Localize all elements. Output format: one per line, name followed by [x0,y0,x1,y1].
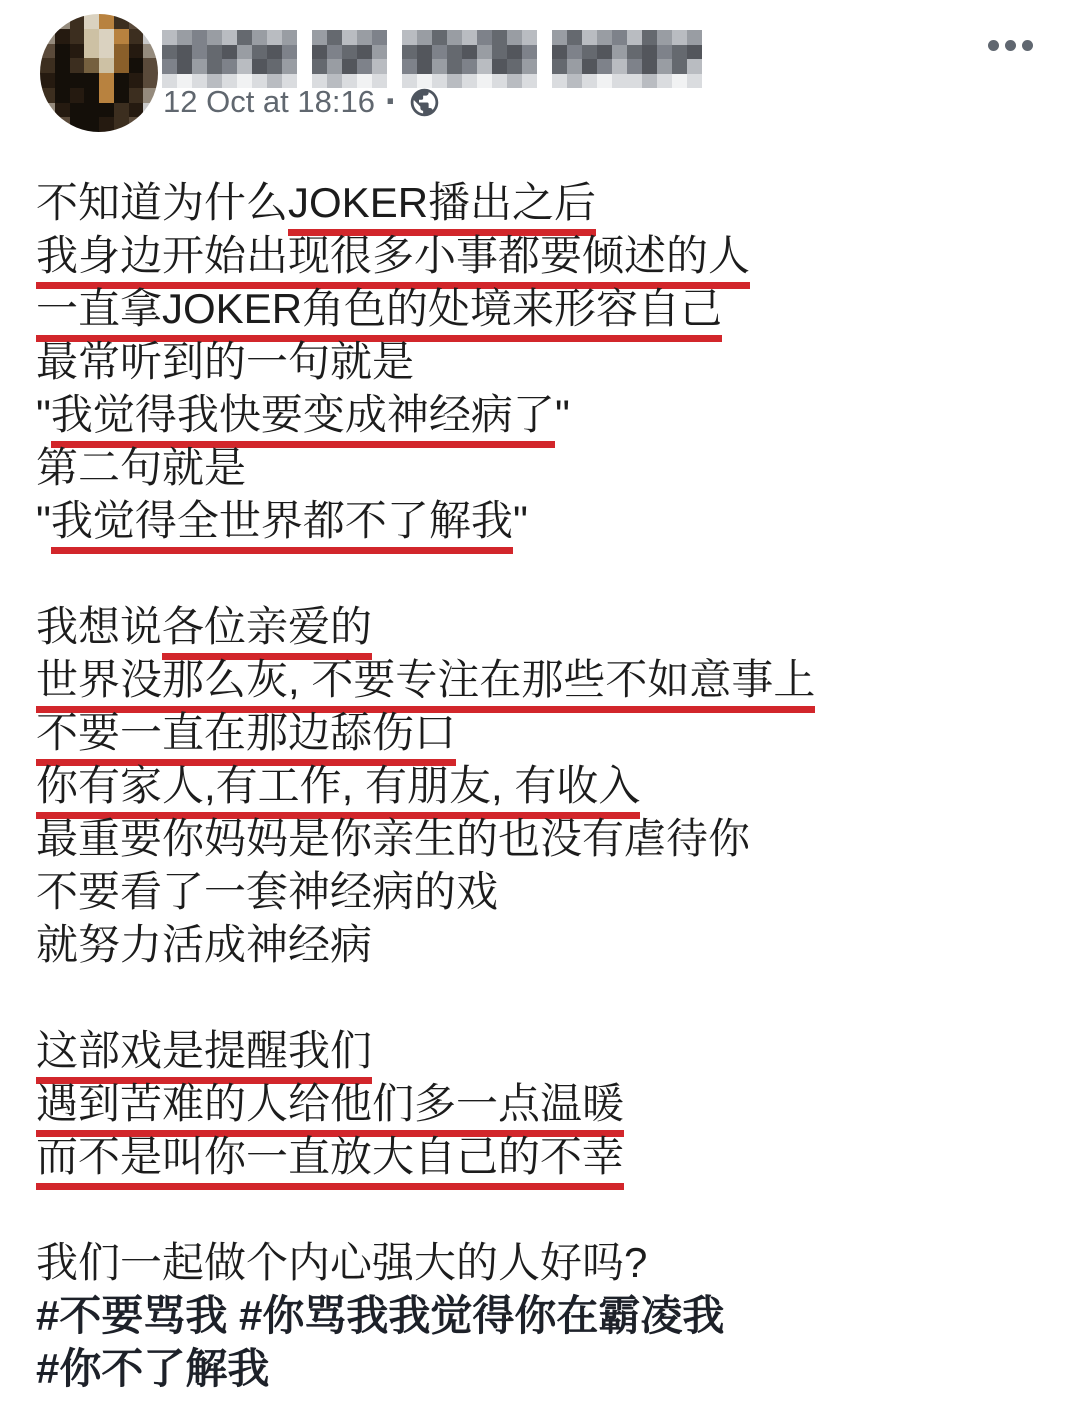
post-text: " [36,391,51,438]
post-text: " [513,497,528,544]
post-line: 一直拿JOKER角色的处境来形容自己 [36,282,1064,335]
mosaic-cell [477,59,492,74]
mosaic-cell [129,44,144,59]
mosaic-cell [357,30,372,45]
mosaic-cell [114,29,129,44]
mosaic-cell [612,74,627,89]
mosaic-cell [297,30,312,45]
post-timestamp[interactable]: 12 Oct at 18:16 [163,84,375,120]
mosaic-cell [129,88,144,103]
mosaic-cell [70,117,85,132]
mosaic-cell [70,44,85,59]
mosaic-cell [40,44,55,59]
post-blank-line [36,1183,1064,1236]
post-underlined-text: 遇到苦难的人给他们多一点温暖 [36,1080,624,1137]
post-text: 第二句就是 [36,444,246,491]
post-text: #不要骂我 #你骂我我觉得你在霸凌我 [36,1292,724,1339]
mosaic-cell [672,59,687,74]
mosaic-cell [267,45,282,60]
mosaic-cell [114,14,129,29]
mosaic-cell [597,30,612,45]
mosaic-cell [114,103,129,118]
mosaic-cell [522,74,537,89]
mosaic-cell [129,29,144,44]
mosaic-cell [267,30,282,45]
mosaic-cell [507,59,522,74]
mosaic-cell [447,30,462,45]
post-body: 不知道为什么JOKER播出之后我身边开始出现很多小事都要倾述的人一直拿JOKER… [36,176,1064,1395]
post-text: 我们一起做个内心强大的人好吗? [36,1239,647,1286]
mosaic-cell [627,30,642,45]
post-blank-line [36,547,1064,600]
post-line: 最常听到的一句就是 [36,335,1064,388]
mosaic-cell [522,30,537,45]
mosaic-cell [162,30,177,45]
mosaic-cell [567,59,582,74]
mosaic-cell [40,103,55,118]
mosaic-cell [687,59,702,74]
mosaic-cell [522,59,537,74]
mosaic-cell [237,30,252,45]
mosaic-cell [114,73,129,88]
mosaic-cell [40,58,55,73]
mosaic-cell [582,45,597,60]
mosaic-cell [597,59,612,74]
mosaic-cell [312,45,327,60]
globe-icon [408,86,441,119]
post-line: 而不是叫你一直放大自己的不幸 [36,1130,1064,1183]
mosaic-cell [462,30,477,45]
mosaic-cell [372,30,387,45]
mosaic-cell [537,74,552,89]
mosaic-cell [552,74,567,89]
mosaic-cell [177,45,192,60]
mosaic-cell [657,30,672,45]
mosaic-cell [417,45,432,60]
post-text: " [36,497,51,544]
post-line: 这部戏是提醒我们 [36,1024,1064,1077]
mosaic-cell [582,30,597,45]
mosaic-cell [143,58,158,73]
avatar[interactable] [40,14,158,132]
mosaic-cell [162,45,177,60]
mosaic-cell [129,73,144,88]
mosaic-cell [627,74,642,89]
mosaic-cell [84,58,99,73]
mosaic-cell [342,30,357,45]
more-options-icon [1022,40,1033,51]
facebook-post: 12 Oct at 18:16 · 不知道为什么JOKER播出之后我身边开始出现… [0,0,1080,1408]
post-underlined-text: 一直拿JOKER角色的处境来形容自己 [36,285,722,342]
mosaic-cell [177,30,192,45]
mosaic-cell [143,44,158,59]
mosaic-cell [162,59,177,74]
mosaic-cell [642,59,657,74]
mosaic-cell [492,30,507,45]
mosaic-cell [222,59,237,74]
mosaic-cell [114,58,129,73]
mosaic-cell [342,45,357,60]
mosaic-cell [237,45,252,60]
mosaic-cell [657,45,672,60]
mosaic-cell [687,45,702,60]
mosaic-cell [432,59,447,74]
post-line: 你有家人,有工作, 有朋友, 有收入 [36,759,1064,812]
mosaic-cell [55,88,70,103]
mosaic-cell [387,59,402,74]
mosaic-cell [402,30,417,45]
mosaic-cell [612,45,627,60]
post-text: 最常听到的一句就是 [36,338,414,385]
post-underlined-text: 我觉得我快要变成神经病了 [51,391,555,448]
mosaic-cell [40,73,55,88]
mosaic-cell [192,45,207,60]
mosaic-cell [567,45,582,60]
post-line: 遇到苦难的人给他们多一点温暖 [36,1077,1064,1130]
mosaic-cell [143,14,158,29]
mosaic-cell [357,59,372,74]
mosaic-cell [507,74,522,89]
mosaic-cell [297,45,312,60]
mosaic-cell [492,74,507,89]
mosaic-cell [312,59,327,74]
mosaic-cell [642,45,657,60]
post-blank-line [36,971,1064,1024]
mosaic-cell [627,45,642,60]
mosaic-cell [492,59,507,74]
mosaic-cell [597,74,612,89]
mosaic-cell [582,59,597,74]
mosaic-cell [447,59,462,74]
mosaic-cell [55,29,70,44]
mosaic-cell [312,30,327,45]
mosaic-cell [40,14,55,29]
post-line: 就努力活成神经病 [36,918,1064,971]
mosaic-cell [387,30,402,45]
post-underlined-text: JOKER播出之后 [288,179,596,236]
mosaic-cell [55,103,70,118]
mosaic-cell [70,88,85,103]
post-meta: 12 Oct at 18:16 · [163,84,441,120]
mosaic-cell [143,88,158,103]
mosaic-cell [143,117,158,132]
mosaic-cell [70,29,85,44]
mosaic-cell [129,14,144,29]
mosaic-cell [507,30,522,45]
post-text: 我想说 [36,603,162,650]
mosaic-cell [537,30,552,45]
post-underlined-text: 而不是叫你一直放大自己的不幸 [36,1133,624,1190]
mosaic-cell [642,74,657,89]
post-text: #你不了解我 [36,1345,269,1392]
mosaic-cell [672,45,687,60]
mosaic-cell [99,58,114,73]
mosaic-cell [84,117,99,132]
mosaic-cell [55,117,70,132]
post-line: 我身边开始出现很多小事都要倾述的人 [36,229,1064,282]
mosaic-cell [612,59,627,74]
post-underlined-text: 世界没那么灰, 不要专注在那些不如意事上 [36,656,815,713]
mosaic-cell [143,73,158,88]
post-line: #你不了解我 [36,1342,1064,1395]
mosaic-cell [402,45,417,60]
mosaic-cell [84,44,99,59]
more-options-icon [1005,40,1016,51]
post-text: 不知道为什么 [36,179,288,226]
mosaic-cell [143,103,158,118]
mosaic-cell [55,44,70,59]
mosaic-cell [462,59,477,74]
post-text: 就努力活成神经病 [36,921,372,968]
mosaic-cell [84,103,99,118]
mosaic-cell [552,30,567,45]
mosaic-cell [432,45,447,60]
mosaic-cell [84,73,99,88]
mosaic-cell [99,44,114,59]
mosaic-cell [552,45,567,60]
mosaic-cell [55,73,70,88]
mosaic-cell [657,59,672,74]
mosaic-cell [114,117,129,132]
mosaic-cell [207,59,222,74]
mosaic-cell [327,45,342,60]
mosaic-cell [70,103,85,118]
post-line: 世界没那么灰, 不要专注在那些不如意事上 [36,653,1064,706]
dot-separator: · [385,87,398,118]
mosaic-cell [327,59,342,74]
post-line: 我们一起做个内心强大的人好吗? [36,1236,1064,1289]
mosaic-cell [99,103,114,118]
mosaic-cell [567,30,582,45]
mosaic-cell [207,30,222,45]
post-underlined-text: 我觉得全世界都不了解我 [51,497,513,554]
mosaic-cell [672,74,687,89]
mosaic-cell [114,44,129,59]
mosaic-cell [282,45,297,60]
mosaic-cell [552,59,567,74]
mosaic-cell [297,59,312,74]
mosaic-cell [612,30,627,45]
post-underlined-text: 我身边开始出现很多小事都要倾述的人 [36,232,750,289]
mosaic-cell [402,59,417,74]
mosaic-cell [192,59,207,74]
mosaic-cell [447,74,462,89]
mosaic-cell [40,29,55,44]
mosaic-cell [432,30,447,45]
mosaic-cell [252,45,267,60]
mosaic-cell [477,45,492,60]
post-underlined-text: 这部戏是提醒我们 [36,1027,372,1084]
mosaic-cell [462,45,477,60]
mosaic-cell [417,30,432,45]
mosaic-cell [372,59,387,74]
post-underlined-text: 不要一直在那边舔伤口 [36,709,456,766]
mosaic-cell [143,29,158,44]
mosaic-cell [252,30,267,45]
user-name-redacted[interactable] [162,30,702,88]
mosaic-cell [282,30,297,45]
mosaic-cell [492,45,507,60]
mosaic-cell [462,74,477,89]
mosaic-cell [114,88,129,103]
post-line: 我想说各位亲爱的 [36,600,1064,653]
mosaic-cell [99,14,114,29]
mosaic-cell [477,30,492,45]
mosaic-cell [207,45,222,60]
mosaic-cell [447,45,462,60]
post-text: " [555,391,570,438]
mosaic-cell [99,29,114,44]
mosaic-cell [99,117,114,132]
post-line: "我觉得我快要变成神经病了" [36,388,1064,441]
mosaic-cell [99,88,114,103]
post-line: 不要看了一套神经病的戏 [36,865,1064,918]
mosaic-cell [129,58,144,73]
post-underlined-text: 你有家人,有工作, 有朋友, 有收入 [36,762,640,819]
mosaic-cell [99,73,114,88]
more-options-icon [988,40,999,51]
mosaic-cell [672,30,687,45]
mosaic-cell [55,14,70,29]
mosaic-cell [687,30,702,45]
mosaic-cell [177,59,192,74]
mosaic-cell [282,59,297,74]
mosaic-cell [267,59,282,74]
post-line: 最重要你妈妈是你亲生的也没有虐待你 [36,812,1064,865]
mosaic-cell [387,45,402,60]
mosaic-cell [70,14,85,29]
mosaic-cell [237,59,252,74]
mosaic-cell [687,74,702,89]
post-line: #不要骂我 #你骂我我觉得你在霸凌我 [36,1289,1064,1342]
post-line: 第二句就是 [36,441,1064,494]
post-text: 不要看了一套神经病的戏 [36,868,498,915]
mosaic-cell [642,30,657,45]
mosaic-cell [657,74,672,89]
mosaic-cell [84,14,99,29]
post-line: 不要一直在那边舔伤口 [36,706,1064,759]
mosaic-cell [327,30,342,45]
mosaic-cell [222,30,237,45]
mosaic-cell [40,117,55,132]
mosaic-cell [55,58,70,73]
mosaic-cell [40,88,55,103]
mosaic-cell [192,30,207,45]
mosaic-cell [372,45,387,60]
mosaic-cell [537,45,552,60]
post-line: 不知道为什么JOKER播出之后 [36,176,1064,229]
mosaic-cell [129,103,144,118]
mosaic-cell [507,45,522,60]
post-menu-button[interactable] [984,36,1037,55]
mosaic-cell [417,59,432,74]
mosaic-cell [357,45,372,60]
mosaic-cell [477,74,492,89]
post-underlined-text: 各位亲爱的 [162,603,372,660]
mosaic-cell [222,45,237,60]
post-line: "我觉得全世界都不了解我" [36,494,1064,547]
mosaic-cell [129,117,144,132]
mosaic-cell [567,74,582,89]
mosaic-cell [84,29,99,44]
post-text: 最重要你妈妈是你亲生的也没有虐待你 [36,815,750,862]
mosaic-cell [70,58,85,73]
mosaic-cell [84,88,99,103]
mosaic-cell [627,59,642,74]
mosaic-cell [597,45,612,60]
mosaic-cell [252,59,267,74]
mosaic-cell [537,59,552,74]
mosaic-cell [342,59,357,74]
mosaic-cell [70,73,85,88]
mosaic-cell [522,45,537,60]
mosaic-cell [582,74,597,89]
